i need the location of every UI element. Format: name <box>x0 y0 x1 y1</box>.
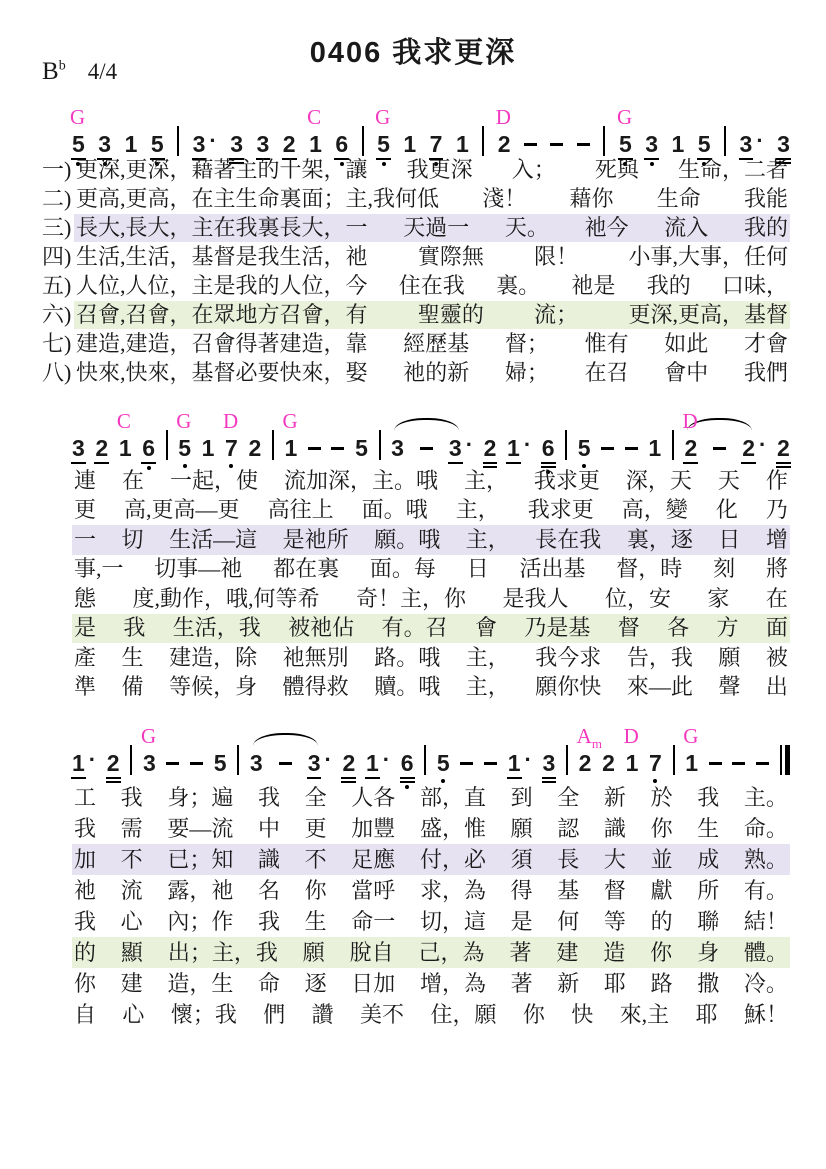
lyric-segment: 身 <box>697 940 719 966</box>
lyric-segments: 自心懷；我們讚美不住，願你快來,主耶穌！ <box>72 1001 790 1029</box>
underline-beam <box>507 777 522 779</box>
verse-number-label: 二) <box>42 186 74 212</box>
chord-label: C <box>307 105 321 130</box>
barline-icon <box>362 126 364 156</box>
lyric-segment: 會中 <box>664 360 708 386</box>
verse-row: 二)更高,更高，在主生命裏面；主,我何低淺！藉你生命我能 <box>42 184 790 213</box>
lyric-row: 自心懷；我們讚美不住，願你快來,主耶穌！ <box>72 999 790 1030</box>
note: 3 <box>645 132 658 156</box>
note: 1 <box>672 132 685 156</box>
lyric-segments: 一切生活—這是祂所願。哦主，長在我裏，逐日增 <box>72 526 790 554</box>
lyric-segment: 天 <box>718 468 740 494</box>
lyric-segments: 事,一切事—祂都在裏面。每日活出基督，時刻將 <box>72 555 790 583</box>
lyric-segment: 天過一 <box>403 215 469 241</box>
chord-label: G <box>70 105 85 130</box>
note: G3 <box>143 751 156 775</box>
lyric-segment: 成 <box>697 847 719 873</box>
lyric-segment: 獻 <box>651 878 673 904</box>
lyric-segment: 聲 <box>718 674 740 700</box>
lyric-segments: 生活,生活，基督是我生活，祂實際無限！小事,大事，任何 <box>74 243 790 271</box>
lyric-segment: 全 <box>305 785 327 811</box>
lyric-segment: 識 <box>604 816 626 842</box>
note-digit: 5 <box>578 436 591 460</box>
lyric-segment: 命一 <box>351 909 395 935</box>
lyric-segment: 淺！ <box>482 186 526 212</box>
lyric-segment: 己，為 <box>419 940 485 966</box>
lyric-segment: 是我人 <box>502 586 568 612</box>
note-digit: 3 <box>193 132 206 156</box>
lyric-segment: 們 <box>263 1002 285 1028</box>
music-line-3-notes: 1·2G3533·21·651·3Am22D17G1 <box>72 715 790 775</box>
lyric-segment: 已；知 <box>167 847 233 873</box>
lyric-segment: 主， <box>466 674 510 700</box>
lyric-segment: 有。 <box>744 878 788 904</box>
lyric-segment: 我今求 <box>535 645 601 671</box>
chord-label: D <box>223 409 238 434</box>
note-digit: 7 <box>649 751 662 775</box>
duration-dash <box>308 447 321 450</box>
lyric-segment: 熟。 <box>744 847 788 873</box>
lyric-segment: 一 <box>74 527 96 553</box>
lyric-segment: 等候，身 <box>169 674 257 700</box>
lyric-segment: 願 <box>718 645 740 671</box>
lyric-segment: 面。每 <box>370 556 436 582</box>
lyric-segment: 你 <box>74 971 96 997</box>
lyric-segment: 冷。 <box>744 971 788 997</box>
verse-number-label: 八) <box>42 360 74 386</box>
note: 5 <box>437 751 450 775</box>
note-digit: 5 <box>214 751 227 775</box>
note: Am2 <box>579 751 592 775</box>
lyric-segment: 主， <box>456 497 500 523</box>
note: 1· <box>366 747 390 775</box>
lyric-segment: 快 <box>571 1002 593 1028</box>
underline-beam <box>400 777 415 779</box>
lyric-segment: 讚 <box>312 1002 334 1028</box>
verse-number-label: 七) <box>42 331 74 357</box>
lyric-segment: 出；主，我 <box>168 940 278 966</box>
lyric-segment: 露，祂 <box>167 878 233 904</box>
note: 2 <box>95 436 108 460</box>
note-digit: 2 <box>283 132 296 156</box>
augmentation-dot: · <box>525 747 532 773</box>
lyric-segment: 命 <box>258 971 280 997</box>
barline-icon <box>673 745 675 775</box>
note-digit: 2 <box>602 751 615 775</box>
barline-icon <box>379 430 381 460</box>
lyric-segment: 主。 <box>744 785 788 811</box>
lyric-segment: 將 <box>766 556 788 582</box>
lyric-segment: 得 <box>511 878 533 904</box>
lyric-segment: 如此 <box>664 331 708 357</box>
duration-dash <box>331 447 344 450</box>
note: 1 <box>648 436 661 460</box>
note: 1· <box>72 747 96 775</box>
note-digit: 2 <box>107 751 120 775</box>
lyric-segment: 建 <box>121 971 143 997</box>
lyric-segments: 更高,更高，在主生命裏面；主,我何低淺！藉你生命我能 <box>74 185 790 213</box>
lyric-row: 的顯出；主，我願脫自己，為著建造你身體。 <box>72 937 790 968</box>
note-digit: 7 <box>225 436 238 460</box>
chord-label: C <box>117 409 131 434</box>
lyric-segment: 建造，除 <box>169 645 257 671</box>
lyric-segment: 我求更 <box>534 468 600 494</box>
note: 1 <box>403 132 416 156</box>
lyric-segment: 口味， <box>722 273 788 299</box>
lyric-segment: 付，必 <box>420 847 486 873</box>
chord-label: G <box>282 409 297 434</box>
note: 1 <box>456 132 469 156</box>
lyric-segment: 我的 <box>647 273 691 299</box>
lyric-segment: 流入 <box>664 215 708 241</box>
lyric-segment: 活出基 <box>519 556 585 582</box>
barline-icon <box>566 745 568 775</box>
lyric-segment: 產 <box>74 645 96 671</box>
note: 2 <box>342 751 355 775</box>
barline-icon <box>177 126 179 156</box>
lyric-segment: 高,更高—更 <box>124 497 240 523</box>
lyric-segment: 大 <box>604 847 626 873</box>
lyric-segment: 連 <box>74 468 96 494</box>
note-digit: 3 <box>257 132 270 156</box>
note-digit: 1 <box>284 436 297 460</box>
underline-beam <box>71 777 86 779</box>
note: 5 <box>578 436 591 460</box>
note: C1 <box>309 132 322 156</box>
lyric-segments: 準備等候，身體得救贖。哦主，願你快來—此聲出 <box>72 673 790 701</box>
note: 6 <box>401 751 414 775</box>
lyric-row: 一切生活—這是祂所願。哦主，長在我裏，逐日增 <box>72 525 790 555</box>
note: 2 <box>248 436 261 460</box>
lyric-segment: 切 <box>122 527 144 553</box>
lyric-segments: 我需要—流中更加豐盛，惟願認識你生命。 <box>72 815 790 843</box>
lyric-segment: 裏，逐 <box>627 527 693 553</box>
note-digit: 2 <box>248 436 261 460</box>
barline-icon <box>565 430 567 460</box>
underline-beam <box>506 462 521 464</box>
note-digit: 2 <box>498 132 511 156</box>
note: 1· <box>507 432 531 460</box>
verse-row: 八)快來,快來，基督必要快來，娶祂的新婦；在召會中我們 <box>42 358 790 387</box>
lyric-segment: 住在我 <box>399 273 465 299</box>
underline-beam <box>106 777 121 779</box>
lyric-segment: 住，願 <box>430 1002 496 1028</box>
lyric-segment: 限！ <box>534 244 578 270</box>
lyric-segment: 於 <box>651 785 673 811</box>
lyric-segment: 我 <box>258 909 280 935</box>
lyric-segments: 連在一起，使流加深，主。哦主，我求更深，天天作 <box>72 467 790 495</box>
lyric-segment: 不 <box>305 847 327 873</box>
music-line-1-notes: G53153·332C16G5171D2G53153·3 <box>72 96 790 156</box>
lyric-segment: 我 <box>74 909 96 935</box>
duration-dash <box>166 762 179 765</box>
note-digit: 3 <box>777 132 790 156</box>
augmentation-dot: · <box>466 432 473 458</box>
note: 5 <box>214 751 227 775</box>
verse-section: 一)更深,更深，藉著主的十架，讓我更深入；死與生命，二者二)更高,更高，在主生命… <box>42 155 790 387</box>
note: G5 <box>178 436 191 460</box>
lyric-segment: 入； <box>512 157 556 183</box>
verse-number-label: 一) <box>42 157 74 183</box>
lyric-segment: 督 <box>618 615 640 641</box>
note: 3· <box>740 128 764 156</box>
note-digit: 2 <box>579 751 592 775</box>
key-letter: B <box>42 58 59 85</box>
note-digit: 3 <box>449 436 462 460</box>
note-digit: 3 <box>230 132 243 156</box>
barline-icon <box>130 745 132 775</box>
lyric-segment: 都在裏 <box>273 556 339 582</box>
lyric-segment: 我更深 <box>407 157 473 183</box>
duration-dash <box>279 762 292 765</box>
lyric-segment: 脫自 <box>350 940 394 966</box>
note: D7 <box>225 436 238 460</box>
note: G5 <box>377 132 390 156</box>
lyric-segment: 長在我 <box>535 527 601 553</box>
verse-row: 三)長大,長大，主在我裏長大，一天過一天。祂今流入我的 <box>42 213 790 242</box>
lyric-segment: 婦； <box>505 360 549 386</box>
tie-group: D22· <box>684 432 766 460</box>
verse-row: 六)召會,召會，在眾地方召會，有聖靈的流；更深,更高，基督 <box>42 300 790 329</box>
lyric-segment: 面。哦 <box>362 497 428 523</box>
note-digit: 6 <box>335 132 348 156</box>
duration-dash <box>484 762 497 765</box>
duration-dash <box>420 447 433 450</box>
lyric-segment: 是祂所 <box>283 527 349 553</box>
augmentation-dot: · <box>756 128 763 154</box>
note-digit: 1 <box>648 436 661 460</box>
lyric-segment: 須 <box>511 847 533 873</box>
lyric-segments: 你建造，生命逐日加增，為著新耶路撒冷。 <box>72 970 790 998</box>
lyric-segment: 的 <box>74 940 96 966</box>
tie-group: 33· <box>250 747 332 775</box>
lyric-segment: 主， <box>466 527 510 553</box>
chord-label: D <box>624 724 639 749</box>
lyric-segment: 人各 <box>351 785 395 811</box>
lyric-segment: 願你快 <box>535 674 601 700</box>
note-digit: 2 <box>777 436 790 460</box>
lyric-segment: 祂 <box>74 878 96 904</box>
lyric-segment: 各 <box>667 615 689 641</box>
lyric-segment: 小事,大事，任何 <box>628 244 788 270</box>
chord-label: Am <box>577 724 602 752</box>
lyric-segment: 人位,人位，主是我的人位，今 <box>76 273 368 299</box>
note: 3 <box>98 132 111 156</box>
lyric-segments: 更高,更高—更高往上面。哦主，我求更高，變化乃 <box>72 496 790 524</box>
note-digit: 1 <box>456 132 469 156</box>
lyric-segment: 心 <box>122 1002 144 1028</box>
note: 3 <box>777 132 790 156</box>
duration-dash <box>550 143 563 146</box>
lyric-segment: 出 <box>766 674 788 700</box>
note-digit: 5 <box>377 132 390 156</box>
key-signature: Bb4/4 <box>42 58 117 86</box>
note: 2 <box>777 436 790 460</box>
verse-row: 一)更深,更深，藉著主的十架，讓我更深入；死與生命，二者 <box>42 155 790 184</box>
lyric-segment: 認 <box>557 816 579 842</box>
note-digit: 2 <box>95 436 108 460</box>
lyric-segment: 自 <box>74 1002 96 1028</box>
lyric-segment: 生 <box>305 909 327 935</box>
lyric-segment: 識 <box>258 847 280 873</box>
lyric-segment: 切，這 <box>420 909 486 935</box>
note: 1 <box>125 132 138 156</box>
lyric-segment: 建造,建造，召會得著建造，靠 <box>76 331 368 357</box>
lyric-segment: 主， <box>466 645 510 671</box>
underline-beam <box>683 462 698 464</box>
note: C1 <box>119 436 132 460</box>
lyric-segment: 切事—祂 <box>154 556 242 582</box>
lyric-segment: 聖靈的 <box>418 302 484 328</box>
lyric-segment: 長大,長大，主在我裏長大，一 <box>76 215 368 241</box>
hymn-sheet-page: 0406 我求更深 Bb4/4 G53153·332C16G5171D2G531… <box>0 0 826 1169</box>
note-digit: 6 <box>142 436 155 460</box>
note-digit: 1 <box>366 751 379 775</box>
lyric-segment: 你 <box>651 816 673 842</box>
lyric-segment: 基 <box>557 878 579 904</box>
chord-subscript: m <box>592 736 602 751</box>
lyric-segments: 召會,召會，在眾地方召會，有聖靈的流；更深,更高，基督 <box>74 301 790 329</box>
page-title: 0406 我求更深 <box>0 30 826 71</box>
lyric-segment: 造，生 <box>167 971 233 997</box>
note: 5 <box>698 132 711 156</box>
lyric-segment: 我 <box>258 785 280 811</box>
lyric-segment: 更 <box>74 497 96 523</box>
time-signature: 4/4 <box>88 59 117 84</box>
verse-row: 四)生活,生活，基督是我生活，祂實際無限！小事,大事，任何 <box>42 242 790 271</box>
lyric-segment: 祂的新 <box>403 360 469 386</box>
note-digit: 3 <box>98 132 111 156</box>
lyric-segments: 建造,建造，召會得著建造，靠經歷基督；惟有如此才會 <box>74 330 790 358</box>
lyric-segment: 我們 <box>744 360 788 386</box>
lyric-segment: 流加深，主。哦 <box>284 468 438 494</box>
barline-icon <box>482 126 484 156</box>
lyric-segment: 乃是基 <box>524 615 590 641</box>
note: 3 <box>257 132 270 156</box>
lyric-segment: 督 <box>604 878 626 904</box>
lyric-segment: 中 <box>258 816 280 842</box>
lyric-segment: 會 <box>475 615 497 641</box>
lyric-segment: 祂無別 <box>283 645 349 671</box>
note-digit: 3 <box>308 751 321 775</box>
lyric-segment: 刻 <box>713 556 735 582</box>
lyric-row: 你建造，生命逐日加增，為著新耶路撒冷。 <box>72 968 790 999</box>
lyric-segment: 主， <box>464 468 508 494</box>
lyric-segment: 在 <box>766 586 788 612</box>
lyric-segment: 召會,召會，在眾地方召會，有 <box>76 302 368 328</box>
lyric-row: 事,一切事—祂都在裏面。每日活出基督，時刻將 <box>72 555 790 585</box>
lyric-row: 我需要—流中更加豐盛，惟願認識你生命。 <box>72 813 790 844</box>
underline-beam <box>307 777 322 779</box>
lyric-segment: 路 <box>651 971 673 997</box>
lyric-segment: 生活,生活，基督是我生活，祂 <box>76 244 368 270</box>
note: D1 <box>626 751 639 775</box>
lyric-segment: 生命，二者 <box>678 157 788 183</box>
underline-beam <box>448 462 463 464</box>
lyric-segment: 你 <box>523 1002 545 1028</box>
lyric-segment: 生活—這 <box>169 527 257 553</box>
duration-dash <box>713 447 726 450</box>
note: G1 <box>685 751 698 775</box>
note-digit: 5 <box>72 132 85 156</box>
music-line-1: G53153·332C16G5171D2G53153·3 <box>72 96 790 156</box>
lyric-segment: 生命 <box>657 186 701 212</box>
lyric-segment: 備 <box>122 674 144 700</box>
lyric-segments: 產生建造，除祂無別路。哦主，我今求告，我願被 <box>72 644 790 672</box>
note-digit: 5 <box>178 436 191 460</box>
lyric-segment: 身；遍 <box>167 785 233 811</box>
lyric-segment: 命。 <box>744 816 788 842</box>
note: 7 <box>430 132 443 156</box>
note-digit: 1 <box>72 751 85 775</box>
lyric-segments: 祂流露，祂名你當呼求，為得基督獻所有。 <box>72 877 790 905</box>
lyric-segment: 名 <box>258 878 280 904</box>
underline-beam <box>542 777 557 779</box>
lyric-segment: 你 <box>305 878 327 904</box>
note: 2 <box>484 436 497 460</box>
lyric-segments: 加不已；知識不足應付，必須長大並成熟。 <box>72 846 790 874</box>
lyric-segment: 督，時 <box>616 556 682 582</box>
lyric-segment: 部，直 <box>420 785 486 811</box>
augmentation-dot: · <box>89 747 96 773</box>
lyric-segment: 的 <box>651 909 673 935</box>
note-digit: 1 <box>403 132 416 156</box>
chord-label: G <box>375 105 390 130</box>
lyric-segment: 路。哦 <box>374 645 440 671</box>
lyric-segment: 來,主 <box>620 1002 670 1028</box>
lyric-segment: 告，我 <box>627 645 693 671</box>
note: D2 <box>498 132 511 156</box>
lyric-segment: 等 <box>604 909 626 935</box>
duration-dash <box>625 447 638 450</box>
lyric-row: 祂流露，祂名你當呼求，為得基督獻所有。 <box>72 875 790 906</box>
note-digit: 6 <box>542 436 555 460</box>
lyric-segment: 內；作 <box>167 909 233 935</box>
note-digit: 1 <box>672 132 685 156</box>
lyric-segments: 長大,長大，主在我裏長大，一天過一天。祂今流入我的 <box>74 214 790 242</box>
lyric-segment: 生 <box>697 816 719 842</box>
lyric-segment: 日 <box>718 527 740 553</box>
augmentation-dot: · <box>324 747 331 773</box>
lyric-segment: 並 <box>651 847 673 873</box>
note: 2 <box>602 751 615 775</box>
note-digit: 3 <box>645 132 658 156</box>
note: 3 <box>543 751 556 775</box>
lyric-segment: 乃 <box>766 497 788 523</box>
underline-beam <box>341 777 356 779</box>
lyric-row: 我心內；作我生命一切，這是何等的聯結！ <box>72 906 790 937</box>
lyric-segment: 日 <box>467 556 489 582</box>
lyric-segment: 經歷基 <box>403 331 469 357</box>
lyric-segment: 流； <box>534 302 578 328</box>
lyric-segment: 快來,快來，基督必要快來，娶 <box>76 360 368 386</box>
note: 2 <box>107 751 120 775</box>
note: 6 <box>142 436 155 460</box>
lyric-segment: 耶 <box>696 1002 718 1028</box>
duration-dash <box>190 762 203 765</box>
lyric-segment: 造 <box>603 940 625 966</box>
lyric-segment: 全 <box>557 785 579 811</box>
lyric-segment: 家 <box>707 586 729 612</box>
lyric-segment: 加 <box>74 847 96 873</box>
lyric-segment: 耶 <box>604 971 626 997</box>
chord-label: G <box>683 724 698 749</box>
bottom-lyric-section: 工我身；遍我全人各部，直到全新於我主。我需要—流中更加豐盛，惟願認識你生命。加不… <box>72 782 790 1030</box>
lyric-segments: 是我生活，我被祂佔有。召會乃是基督各方面 <box>72 614 790 642</box>
note: 5 <box>355 436 368 460</box>
note-digit: 3 <box>143 751 156 775</box>
note: 3 <box>230 132 243 156</box>
